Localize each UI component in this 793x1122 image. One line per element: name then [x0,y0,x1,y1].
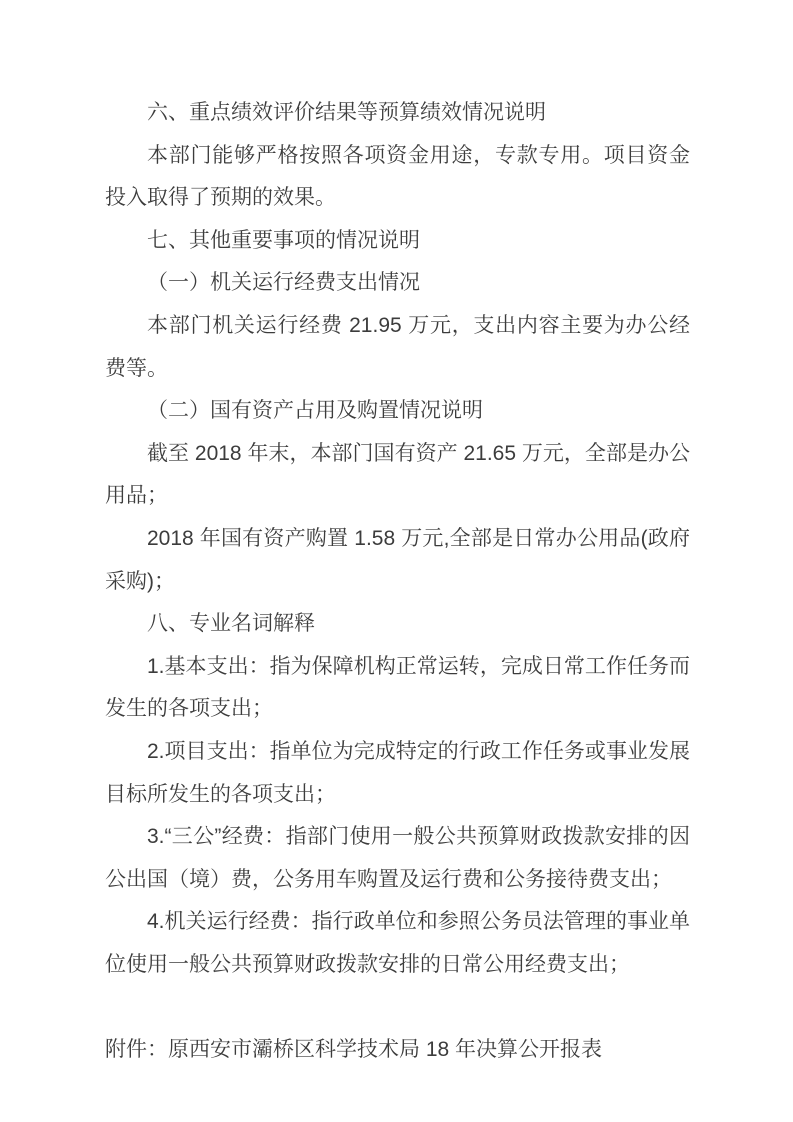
paragraph: 1.基本支出：指为保障机构正常运转，完成日常工作任务而发生的各项支出； [105,646,690,731]
paragraph: 2018 年国有资产购置 1.58 万元,全部是日常办公用品(政府采购)； [105,518,690,603]
paragraph: 附件：原西安市灞桥区科学技术局 18 年决算公开报表 [105,1029,690,1072]
paragraph: 六、重点绩效评价结果等预算绩效情况说明 [105,92,690,135]
document-page: 六、重点绩效评价结果等预算绩效情况说明本部门能够严格按照各项资金用途，专款专用。… [0,0,793,1122]
paragraph: 本部门能够严格按照各项资金用途，专款专用。项目资金投入取得了预期的效果。 [105,135,690,220]
paragraph: 2.项目支出：指单位为完成特定的行政工作任务或事业发展目标所发生的各项支出； [105,731,690,816]
paragraph: （二）国有资产占用及购置情况说明 [105,390,690,433]
paragraph: 3.“三公”经费：指部门使用一般公共预算财政拨款安排的因公出国（境）费，公务用车… [105,816,690,901]
paragraph: 截至 2018 年末，本部门国有资产 21.65 万元，全部是办公用品； [105,433,690,518]
document-body: 六、重点绩效评价结果等预算绩效情况说明本部门能够严格按照各项资金用途，专款专用。… [105,92,690,1072]
paragraph: 本部门机关运行经费 21.95 万元，支出内容主要为办公经费等。 [105,305,690,390]
paragraph: （一）机关运行经费支出情况 [105,262,690,305]
paragraph: 七、其他重要事项的情况说明 [105,220,690,263]
paragraph: 八、专业名词解释 [105,603,690,646]
paragraph: 4.机关运行经费：指行政单位和参照公务员法管理的事业单位使用一般公共预算财政拨款… [105,901,690,986]
